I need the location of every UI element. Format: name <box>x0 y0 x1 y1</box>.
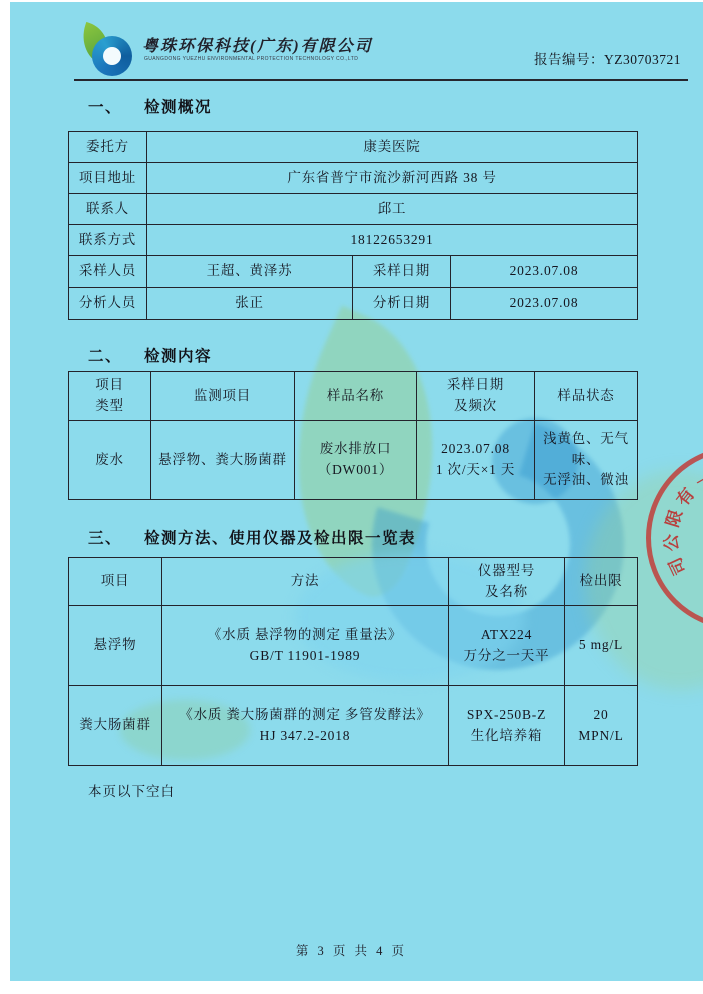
table-row: 废水 悬浮物、粪大肠菌群 废水排放口 （DW001） 2023.07.08 1 … <box>69 421 638 500</box>
seal-character: 公 <box>663 533 682 552</box>
row-label: 采样日期 <box>353 256 451 288</box>
header-divider <box>74 79 688 81</box>
column-header: 仪器型号 及名称 <box>449 558 565 606</box>
section2-title-text: 检测内容 <box>144 348 212 365</box>
table-row: 项目地址 广东省普宁市流沙新河西路 38 号 <box>69 163 638 194</box>
company-logo <box>80 26 136 80</box>
table-row: 采样人员 王超、黄泽苏 采样日期 2023.07.08 <box>69 256 638 288</box>
sample-status: 浅黄色、无气味、 无浮油、微浊 <box>535 421 638 500</box>
blank-below-note: 本页以下空白 <box>88 780 175 800</box>
row-label: 项目地址 <box>69 163 147 194</box>
row-label: 分析人员 <box>69 288 147 320</box>
table-row: 联系人 邱工 <box>69 194 638 225</box>
report-number-label: 报告编号： <box>534 52 604 67</box>
company-seal: 一 有 限 公 司 <box>646 446 703 630</box>
column-header: 样品名称 <box>295 372 417 421</box>
test-item: 粪大肠菌群 <box>69 686 162 766</box>
row-value: 康美医院 <box>147 132 638 163</box>
report-number: 报告编号：YZ30703721 <box>534 48 681 68</box>
overview-table: 委托方 康美医院 项目地址 广东省普宁市流沙新河西路 38 号 联系人 邱工 联… <box>68 131 638 320</box>
methods-table: 项目 方法 仪器型号 及名称 检出限 悬浮物 《水质 悬浮物的测定 重量法》 G… <box>68 557 638 766</box>
company-name-english: GUANGDONG YUEZHU ENVIRONMENTAL PROTECTIO… <box>144 56 358 62</box>
report-number-value: YZ30703721 <box>604 52 681 67</box>
section3-number: 三、 <box>88 530 122 547</box>
row-value: 广东省普宁市流沙新河西路 38 号 <box>147 163 638 194</box>
row-value: 18122653291 <box>147 225 638 256</box>
row-value: 王超、黄泽苏 <box>147 256 353 288</box>
section2-title: 二、检测内容 <box>88 344 212 366</box>
column-header: 采样日期 及频次 <box>417 372 535 421</box>
company-name: 粤珠环保科技(广东)有限公司 <box>142 33 373 56</box>
sample-type: 废水 <box>69 421 151 500</box>
instrument: SPX-250B-Z 生化培养箱 <box>449 686 565 766</box>
row-label: 采样人员 <box>69 256 147 288</box>
row-label: 联系方式 <box>69 225 147 256</box>
table-row: 粪大肠菌群 《水质 粪大肠菌群的测定 多管发酵法》 HJ 347.2-2018 … <box>69 686 638 766</box>
instrument: ATX224 万分之一天平 <box>449 606 565 686</box>
page-number: 第 3 页 共 4 页 <box>0 941 703 959</box>
sampling-date-frequency: 2023.07.08 1 次/天×1 天 <box>417 421 535 500</box>
test-item: 悬浮物 <box>69 606 162 686</box>
section2-number: 二、 <box>88 348 122 365</box>
column-header: 监测项目 <box>151 372 295 421</box>
sample-name: 废水排放口 （DW001） <box>295 421 417 500</box>
detection-limit: 20 MPN/L <box>565 686 638 766</box>
column-header: 方法 <box>162 558 449 606</box>
monitoring-items: 悬浮物、粪大肠菌群 <box>151 421 295 500</box>
section1-title: 一、检测概况 <box>88 95 212 117</box>
section3-title-text: 检测方法、使用仪器及检出限一览表 <box>144 530 416 547</box>
report-page: 粤珠环保科技(广东)有限公司 GUANGDONG YUEZHU ENVIRONM… <box>0 0 703 994</box>
test-method: 《水质 悬浮物的测定 重量法》 GB/T 11901-1989 <box>162 606 449 686</box>
row-value: 2023.07.08 <box>451 288 638 320</box>
table-row: 委托方 康美医院 <box>69 132 638 163</box>
content-table: 项目 类型 监测项目 样品名称 采样日期 及频次 样品状态 废水 悬浮物、粪大肠… <box>68 371 638 500</box>
row-label: 分析日期 <box>353 288 451 320</box>
table-header-row: 项目 方法 仪器型号 及名称 检出限 <box>69 558 638 606</box>
row-value: 2023.07.08 <box>451 256 638 288</box>
row-label: 委托方 <box>69 132 147 163</box>
section3-title: 三、检测方法、使用仪器及检出限一览表 <box>88 526 416 548</box>
column-header: 项目 类型 <box>69 372 151 421</box>
column-header: 样品状态 <box>535 372 638 421</box>
section1-number: 一、 <box>88 99 122 116</box>
logo-droplet-icon <box>92 36 132 76</box>
test-method: 《水质 粪大肠菌群的测定 多管发酵法》 HJ 347.2-2018 <box>162 686 449 766</box>
table-row: 悬浮物 《水质 悬浮物的测定 重量法》 GB/T 11901-1989 ATX2… <box>69 606 638 686</box>
section1-title-text: 检测概况 <box>144 99 212 116</box>
column-header: 项目 <box>69 558 162 606</box>
detection-limit: 5 mg/L <box>565 606 638 686</box>
table-row: 分析人员 张正 分析日期 2023.07.08 <box>69 288 638 320</box>
table-row: 联系方式 18122653291 <box>69 225 638 256</box>
row-label: 联系人 <box>69 194 147 225</box>
table-header-row: 项目 类型 监测项目 样品名称 采样日期 及频次 样品状态 <box>69 372 638 421</box>
column-header: 检出限 <box>565 558 638 606</box>
row-value: 邱工 <box>147 194 638 225</box>
row-value: 张正 <box>147 288 353 320</box>
